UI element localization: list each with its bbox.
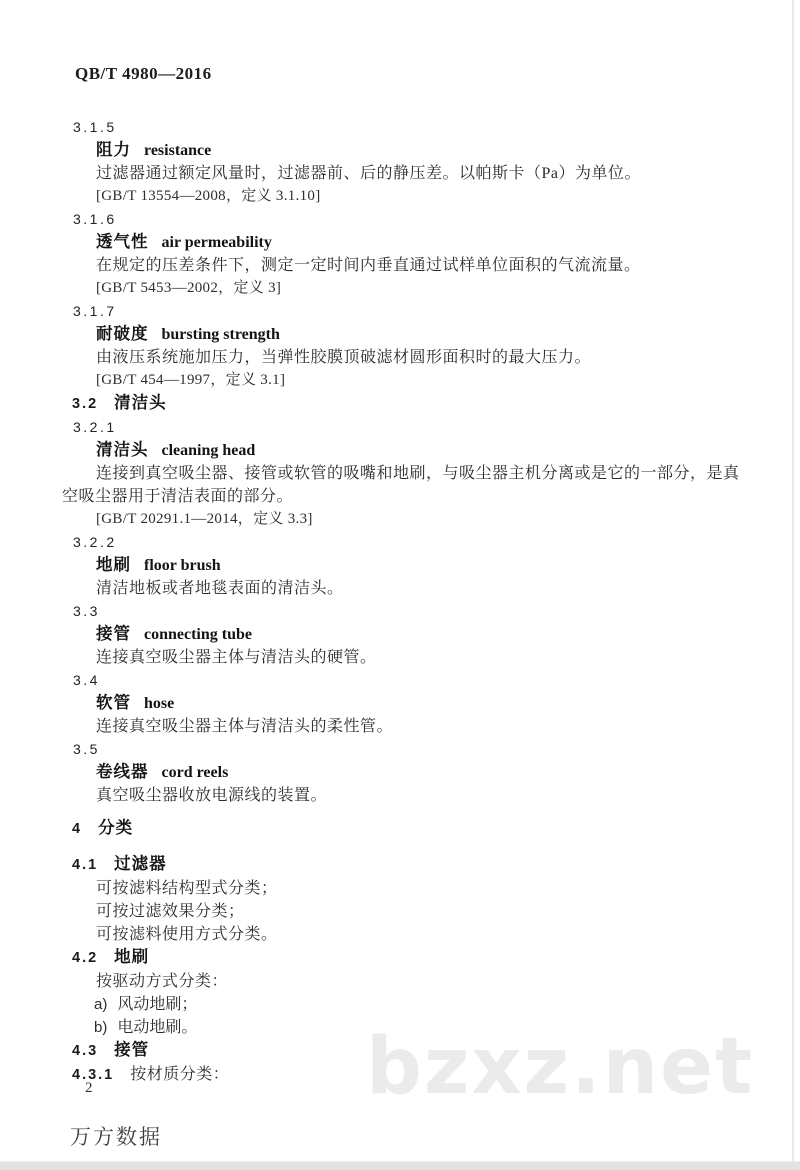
subsection-heading: 4.3接管 [72,1039,800,1063]
section-number: 3.2.1 [73,416,800,439]
section-number: 3.3 [73,600,800,623]
term-english: connecting tube [144,626,252,643]
list-marker: a) [94,996,107,1013]
heading-number: 4.1 [72,857,98,873]
reference-citation: [GB/T 20291.1—2014，定义 3.3] [96,508,800,531]
definition-text: 连接真空吸尘器主体与清洁头的硬管。 [62,646,800,669]
definition-text: 连接到真空吸尘器、接管或软管的吸嘴和地刷，与吸尘器主机分离或是它的一部分，是真空… [62,462,744,508]
term-chinese: 卷线器 [96,763,149,781]
subsection-heading: 4.1过滤器 [72,853,800,877]
heading-number: 4.2 [72,950,98,966]
term-line: 清洁头cleaning head [96,439,800,462]
heading-title: 过滤器 [114,855,167,873]
section-number: 3.1.5 [73,116,800,139]
reference-citation: [GB/T 5453—2002，定义 3] [96,277,800,300]
term-english: resistance [144,142,211,159]
term-chinese: 地刷 [96,556,131,574]
document-body: 3.1.5 阻力resistance 过滤器通过额定风量时，过滤器前、后的静压差… [0,116,800,1087]
classification-item: 可按过滤效果分类； [62,900,800,923]
term-line: 软管hose [96,692,800,715]
term-line: 透气性air permeability [96,231,800,254]
heading-text: 按材质分类： [130,1066,229,1083]
term-english: bursting strength [162,326,280,343]
term-chinese: 耐破度 [96,325,149,343]
section-number: 3.4 [73,669,800,692]
heading-number: 4 [72,821,82,837]
reference-citation: [GB/T 454—1997，定义 3.1] [96,369,800,392]
list-marker: b) [94,1019,107,1036]
term-line: 阻力resistance [96,139,800,162]
term-line: 卷线器cord reels [96,761,800,784]
term-english: cord reels [162,764,229,781]
definition-text: 连接真空吸尘器主体与清洁头的柔性管。 [62,715,800,738]
reference-citation: [GB/T 13554—2008，定义 3.1.10] [96,185,800,208]
subsection-heading: 4.3.1按材质分类： [72,1063,800,1087]
classification-item: 可按滤料结构型式分类； [62,877,800,900]
heading-title: 接管 [114,1041,149,1059]
term-chinese: 阻力 [96,141,131,159]
page-bottom-edge [0,1161,800,1170]
heading-title: 清洁头 [114,394,167,412]
standard-number-header: QB/T 4980—2016 [75,64,212,84]
list-item-text: 电动地刷。 [117,1019,197,1036]
term-line: 耐破度bursting strength [96,323,800,346]
term-english: hose [144,695,174,712]
definition-text: 清洁地板或者地毯表面的清洁头。 [62,577,800,600]
term-line: 地刷floor brush [96,554,800,577]
list-item-text: 风动地刷； [117,996,197,1013]
list-item: b)电动地刷。 [94,1016,800,1039]
term-chinese: 清洁头 [96,441,149,459]
term-english: floor brush [144,557,221,574]
section-number: 3.1.6 [73,208,800,231]
term-line: 接管connecting tube [96,623,800,646]
definition-text: 在规定的压差条件下，测定一定时间内垂直通过试样单位面积的气流流量。 [62,254,800,277]
term-english: cleaning head [162,442,256,459]
classification-item: 可按滤料使用方式分类。 [62,923,800,946]
term-chinese: 接管 [96,625,131,643]
list-item: a)风动地刷； [94,993,800,1016]
section-number: 3.2.2 [73,531,800,554]
footer-brand: 万方数据 [70,1121,162,1151]
definition-text: 由液压系统施加压力，当弹性胶膜顶破滤材圆形面积时的最大压力。 [62,346,800,369]
section-number: 3.5 [73,738,800,761]
definition-text: 真空吸尘器收放电源线的装置。 [62,784,800,807]
section-number: 3.1.7 [73,300,800,323]
heading-number: 4.3.1 [72,1067,114,1083]
term-chinese: 透气性 [96,233,149,251]
heading-title: 地刷 [114,948,149,966]
subsection-heading: 3.2清洁头 [72,392,800,416]
subsection-heading: 4.2地刷 [72,946,800,970]
heading-title: 分类 [98,819,133,837]
definition-text: 过滤器通过额定风量时，过滤器前、后的静压差。以帕斯卡（Pa）为单位。 [62,162,800,185]
heading-number: 3.2 [72,396,98,412]
term-english: air permeability [162,234,272,251]
document-page: QB/T 4980—2016 bzxz.net 3.1.5 阻力resistan… [0,0,800,1170]
chapter-heading: 4分类 [72,817,800,841]
term-chinese: 软管 [96,694,131,712]
classification-intro: 按驱动方式分类： [62,970,800,993]
heading-number: 4.3 [72,1043,98,1059]
